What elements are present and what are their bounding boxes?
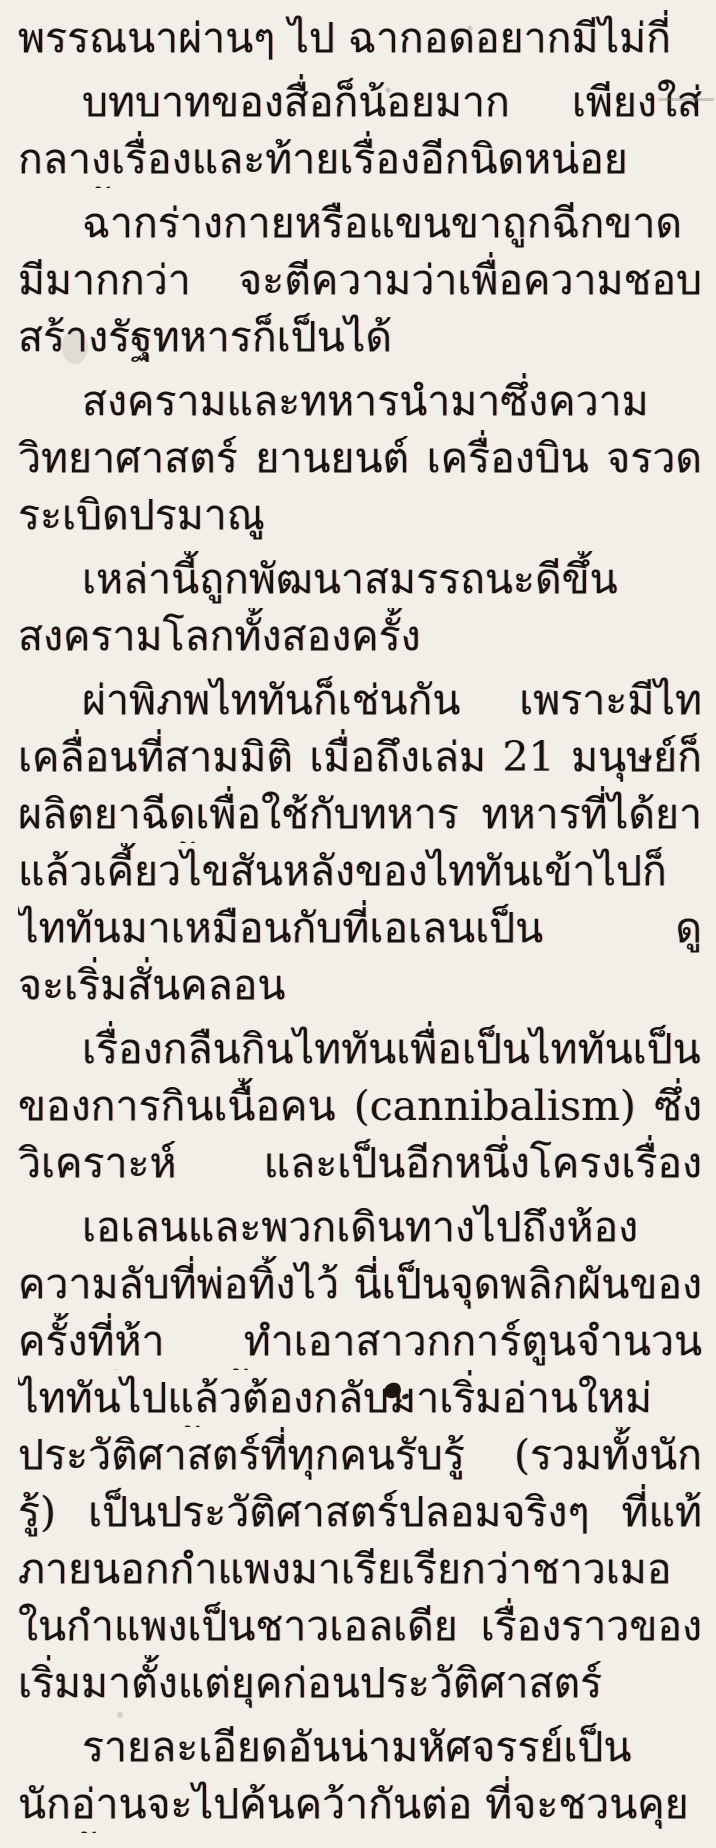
text-line: ผ่าพิภพไททันก็เช่นกัน เพราะมีไททันจึงมีเ…: [18, 672, 702, 729]
text-line: ผลิตยาฉีดเพื่อใช้กับทหาร ทหารที่ได้ยาฉีด…: [18, 786, 702, 843]
text-line: มีมากกว่า จะตีความว่าเพื่อความชอบธรรมของ…: [18, 252, 702, 309]
text-line: พรรณนาผ่านๆ ไป ฉากอดอยากมีไม่กี่ฉาก: [18, 10, 702, 67]
text-line: รายละเอียดอันน่ามหัศจรรย์เป็นหน้าที่ของ: [18, 1719, 702, 1776]
text-line: ภายนอกกำแพงมาเรียเรียกว่าชาวเมอเร่ ส่วนม…: [18, 1541, 702, 1598]
text-line: แล้วเคี้ยวไขสันหลังของไททันเข้าไปก็จะได้…: [18, 843, 702, 900]
text-line: สงครามโลกทั้งสองครั้ง: [18, 608, 702, 665]
text-line: รู้) เป็นประวัติศาสตร์ปลอมจริงๆ ที่แท้ยั…: [18, 1484, 702, 1541]
text-line: ความลับที่พ่อทิ้งไว้ นี่เป็นจุดพลิกผันขอ…: [18, 1256, 702, 1313]
text-line: ประวัติศาสตร์ที่ทุกคนรับรู้ (รวมทั้งนักอ…: [18, 1427, 702, 1484]
scan-smudge-artifact: [62, 330, 88, 364]
scan-dash-artifact: [658, 98, 714, 101]
text-line: ครั้งที่ห้า ทำเอาสาวกการ์ตูนจำนวนมากซึ่ง…: [18, 1313, 702, 1370]
text-line: เคลื่อนที่สามมิติ เมื่อถึงเล่ม 21 มนุษย์…: [18, 729, 702, 786]
text-line: ในกำแพงเป็นชาวเอลเดีย เรื่องราวของสองเผ่…: [18, 1598, 702, 1655]
text-line: นักอ่านจะไปค้นคว้ากันต่อ ที่จะชวนคุยในขั…: [18, 1776, 702, 1833]
text-line: เอเลนและพวกเดินทางไปถึงห้องใต้ดินและพบ: [18, 1199, 702, 1256]
text-line: วิเคราะห์ และเป็นอีกหนึ่งโครงเรื่องหลักข…: [18, 1135, 702, 1192]
text-line: ไททันมาเหมือนกับที่เอเลนเป็น ดูเหมือนดุล…: [18, 900, 702, 957]
text-line: ไททันไปแล้วต้องกลับมาเริ่มอ่านใหม่หมดอีก…: [18, 1370, 702, 1427]
text-line: กลางเรื่องและท้ายเรื่องอีกนิดหน่อยเท่านั…: [18, 131, 702, 188]
text-column: พรรณนาผ่านๆ ไป ฉากอดอยากมีไม่กี่ฉากบทบาท…: [18, 10, 702, 1833]
text-line: บทบาทของสื่อก็น้อยมาก เพียงใส่เข้ามาตอน: [18, 74, 702, 131]
text-line: ฉากร่างกายหรือแขนขาถูกฉีกขาดเลือดไหลนอง: [18, 195, 702, 252]
text-line: สร้างรัฐทหารก็เป็นได้: [18, 309, 702, 366]
text-line: เริ่มมาตั้งแต่ยุคก่อนประวัติศาสตร์: [18, 1655, 702, 1712]
text-line: จะเริ่มสั่นคลอน: [18, 957, 702, 1014]
text-line: วิทยาศาสตร์ ยานยนต์ เครื่องบิน จรวด ไปจน…: [18, 430, 702, 487]
text-line: ของการกินเนื้อคน (cannibalism) ซึ่งเป็นจ…: [18, 1078, 702, 1135]
text-line: สงครามและทหารนำมาซึ่งความก้าวหน้าทาง: [18, 373, 702, 430]
scanned-page: พรรณนาผ่านๆ ไป ฉากอดอยากมีไม่กี่ฉากบทบาท…: [0, 0, 716, 1848]
text-line: เรื่องกลืนกินไททันเพื่อเป็นไททันเป็นส่วน…: [18, 1021, 702, 1078]
text-line: เหล่านี้ถูกพัฒนาสมรรถนะดีขึ้นเรื่อยๆ เพร…: [18, 551, 702, 608]
text-line: ระเบิดปรมาณู: [18, 487, 702, 544]
